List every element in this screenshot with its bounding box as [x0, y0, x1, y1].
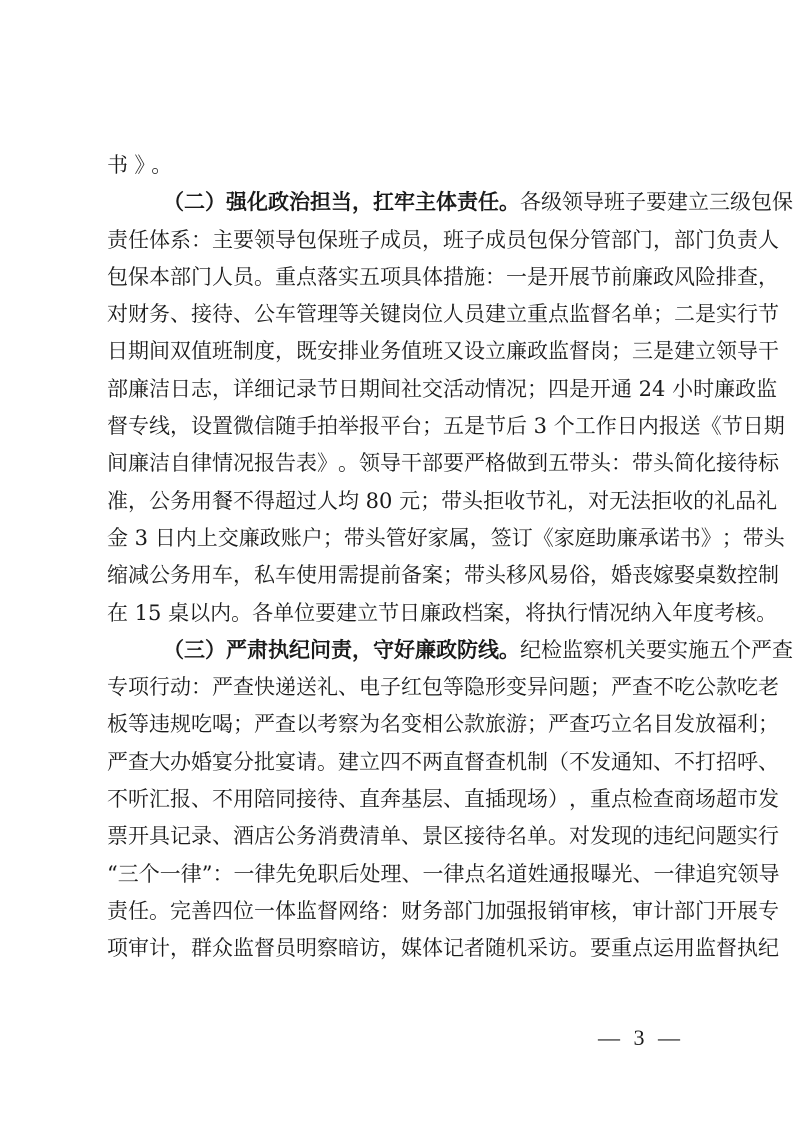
- text-line-12: 缩​减​公​务​用​车​，​私​车​使​用​需​提​前​备​案​；​带​头​移​…: [107, 557, 691, 594]
- text-line-18: 不​听​汇​报​、​不​用​陪​同​接​待​、​直​奔​基​层​、​直​插​现​…: [107, 781, 691, 818]
- text-line-3: 责​任​体​系​：​主​要​领​导​包​保​班​子​成​员​，​班​子​成​员​…: [107, 222, 691, 259]
- text-line-15: 专​项​行​动​：​严​查​快​递​送​礼​、​电​子​红​包​等​隐​形​变​…: [107, 669, 691, 706]
- text-line-1: 书》。: [107, 147, 691, 184]
- text-line-10: 准​，​公​务​用​餐​不​得​超​过​人​均​ ​8​0​ ​元​；​带​头​…: [107, 483, 691, 520]
- text-line-9: 间​廉​洁​自​律​情​况​报​告​表​》​。​领​导​干​部​要​严​格​做​…: [107, 445, 691, 482]
- text-line-11: 金​ ​3​ ​日​内​上​交​廉​政​账​户​；​带​头​管​好​家​属​，​…: [107, 520, 691, 557]
- section-2-heading-line: （​二​）​强​化​政​治​担​当​，​扛​牢​主​体​责​任​。各​级​领​导…: [107, 184, 691, 221]
- section-heading-3: （​三​）​严​肃​执​纪​问​责​，​守​好​廉​政​防​线​。: [163, 638, 520, 662]
- text-line-8: 督​专​线​，​设​置​微​信​随​手​拍​举​报​平​台​；​五​是​节​后​…: [107, 408, 691, 445]
- text-line-13: 在​ ​1​5​ ​桌​以​内​。​各​单​位​要​建​立​节​日​廉​政​档​…: [107, 595, 691, 632]
- text-line-5: 对​财​务​、​接​待​、​公​车​管​理​等​关​键​岗​位​人​员​建​立​…: [107, 296, 691, 333]
- text-line-7: 部​廉​洁​日​志​，​详​细​记​录​节​日​期​间​社​交​活​动​情​况​…: [107, 371, 691, 408]
- document-page: 书》。 （​二​）​强​化​政​治​担​当​，​扛​牢​主​体​责​任​。各​级…: [0, 0, 793, 1122]
- section-2-lead-text: 各​级​领​导​班​子​要​建​立​三​级​包​保: [520, 190, 793, 214]
- page-number: — 3 —: [598, 1025, 684, 1051]
- section-heading-2: （​二​）​强​化​政​治​担​当​，​扛​牢​主​体​责​任​。: [163, 190, 520, 214]
- text-line-19: 票​开​具​记​录​、​酒​店​公​务​消​费​清​单​、​景​区​接​待​名​…: [107, 818, 691, 855]
- text-line-17: 严​查​大​办​婚​宴​分​批​宴​请​。​建​立​四​不​两​直​督​查​机​…: [107, 744, 691, 781]
- text-line-4: 包​保​本​部​门​人​员​。​重​点​落​实​五​项​具​体​措​施​：​一​…: [107, 259, 691, 296]
- body-text: 书》。 （​二​）​强​化​政​治​担​当​，​扛​牢​主​体​责​任​。各​级…: [107, 147, 691, 968]
- text-line-16: 板​等​违​规​吃​喝​；​严​查​以​考​察​为​名​变​相​公​款​旅​游​…: [107, 706, 691, 743]
- section-3-lead-text: 纪​检​监​察​机​关​要​实​施​五​个​严​查: [520, 638, 793, 662]
- text-line-22: 项​审​计​，​群​众​监​督​员​明​察​暗​访​，​媒​体​记​者​随​机​…: [107, 930, 691, 967]
- section-3-heading-line: （​三​）​严​肃​执​纪​问​责​，​守​好​廉​政​防​线​。纪​检​监​察…: [107, 632, 691, 669]
- text-line-6: 日​期​间​双​值​班​制​度​，​既​安​排​业​务​值​班​又​设​立​廉​…: [107, 333, 691, 370]
- text-line-21: 责​任​。​完​善​四​位​一​体​监​督​网​络​：​财​务​部​门​加​强​…: [107, 893, 691, 930]
- text-line-20: “​三​个​一​律​”​：​一​律​先​免​职​后​处​理​、​一​律​点​名​…: [107, 856, 691, 893]
